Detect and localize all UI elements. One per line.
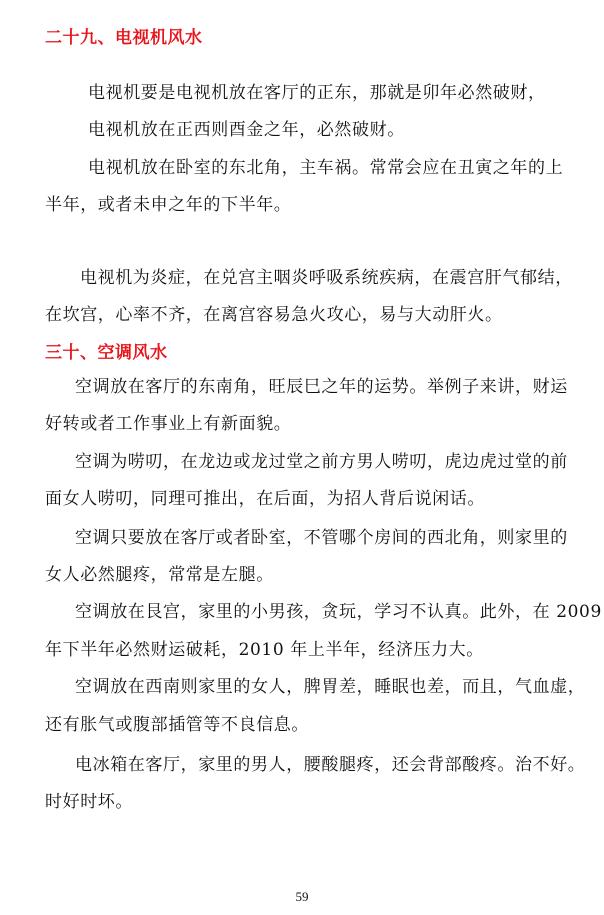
section-heading-30: 三十、空调风水 (45, 343, 168, 363)
paragraph-line: 电视机为炎症，在兑宫主咽炎呼吸系统疾病，在震宫肝气郁结， (80, 268, 573, 288)
paragraph-line: 电视机要是电视机放在客厅的正东，那就是卯年必然破财， (88, 83, 546, 103)
paragraph-line: 时好时坏。 (45, 792, 133, 812)
document-page: 二十九、电视机风水 电视机要是电视机放在客厅的正东，那就是卯年必然破财， 电视机… (0, 0, 604, 915)
paragraph-line: 电冰箱在客厅，家里的男人，腰酸腿疼，还会背部酸疼。治不好。 (75, 755, 585, 775)
paragraph-line: 在坎宫，心率不齐，在离宫容易急火攻心，易与大动肝火。 (45, 305, 503, 325)
paragraph-line: 电视机放在卧室的东北角，主车祸。常常会应在丑寅之年的上 (88, 158, 563, 178)
paragraph-line: 半年，或者未申之年的下半年。 (45, 195, 291, 215)
paragraph-line: 好转或者工作事业上有新面貌。 (45, 414, 291, 434)
paragraph-line: 空调只要放在客厅或者卧室，不管哪个房间的西北角，则家里的 (75, 528, 568, 548)
paragraph-line: 空调放在艮宫，家里的小男孩，贪玩，学习不认真。此外，在 2009 (75, 602, 602, 622)
paragraph-line: 面女人唠叨，同理可推出，在后面，为招人背后说闲话。 (45, 489, 485, 509)
paragraph-line: 电视机放在正西则酉金之年，必然破财。 (88, 120, 405, 140)
paragraph-line: 空调放在客厅的东南角，旺辰巳之年的运势。举例子来讲，财运 (75, 377, 568, 397)
page-number: 59 (0, 889, 604, 905)
paragraph-line: 年下半年必然财运破耗，2010 年上半年，经济压力大。 (45, 640, 484, 660)
section-heading-29: 二十九、电视机风水 (45, 28, 203, 48)
paragraph-line: 还有胀气或腹部插管等不良信息。 (45, 715, 309, 735)
paragraph-line: 女人必然腿疼，常常是左腿。 (45, 565, 274, 585)
paragraph-line: 空调放在西南则家里的女人，脾胃差，睡眠也差，而且，气血虚， (75, 677, 585, 697)
paragraph-line: 空调为唠叨，在龙边或龙过堂之前方男人唠叨，虎边虎过堂的前 (75, 452, 568, 472)
